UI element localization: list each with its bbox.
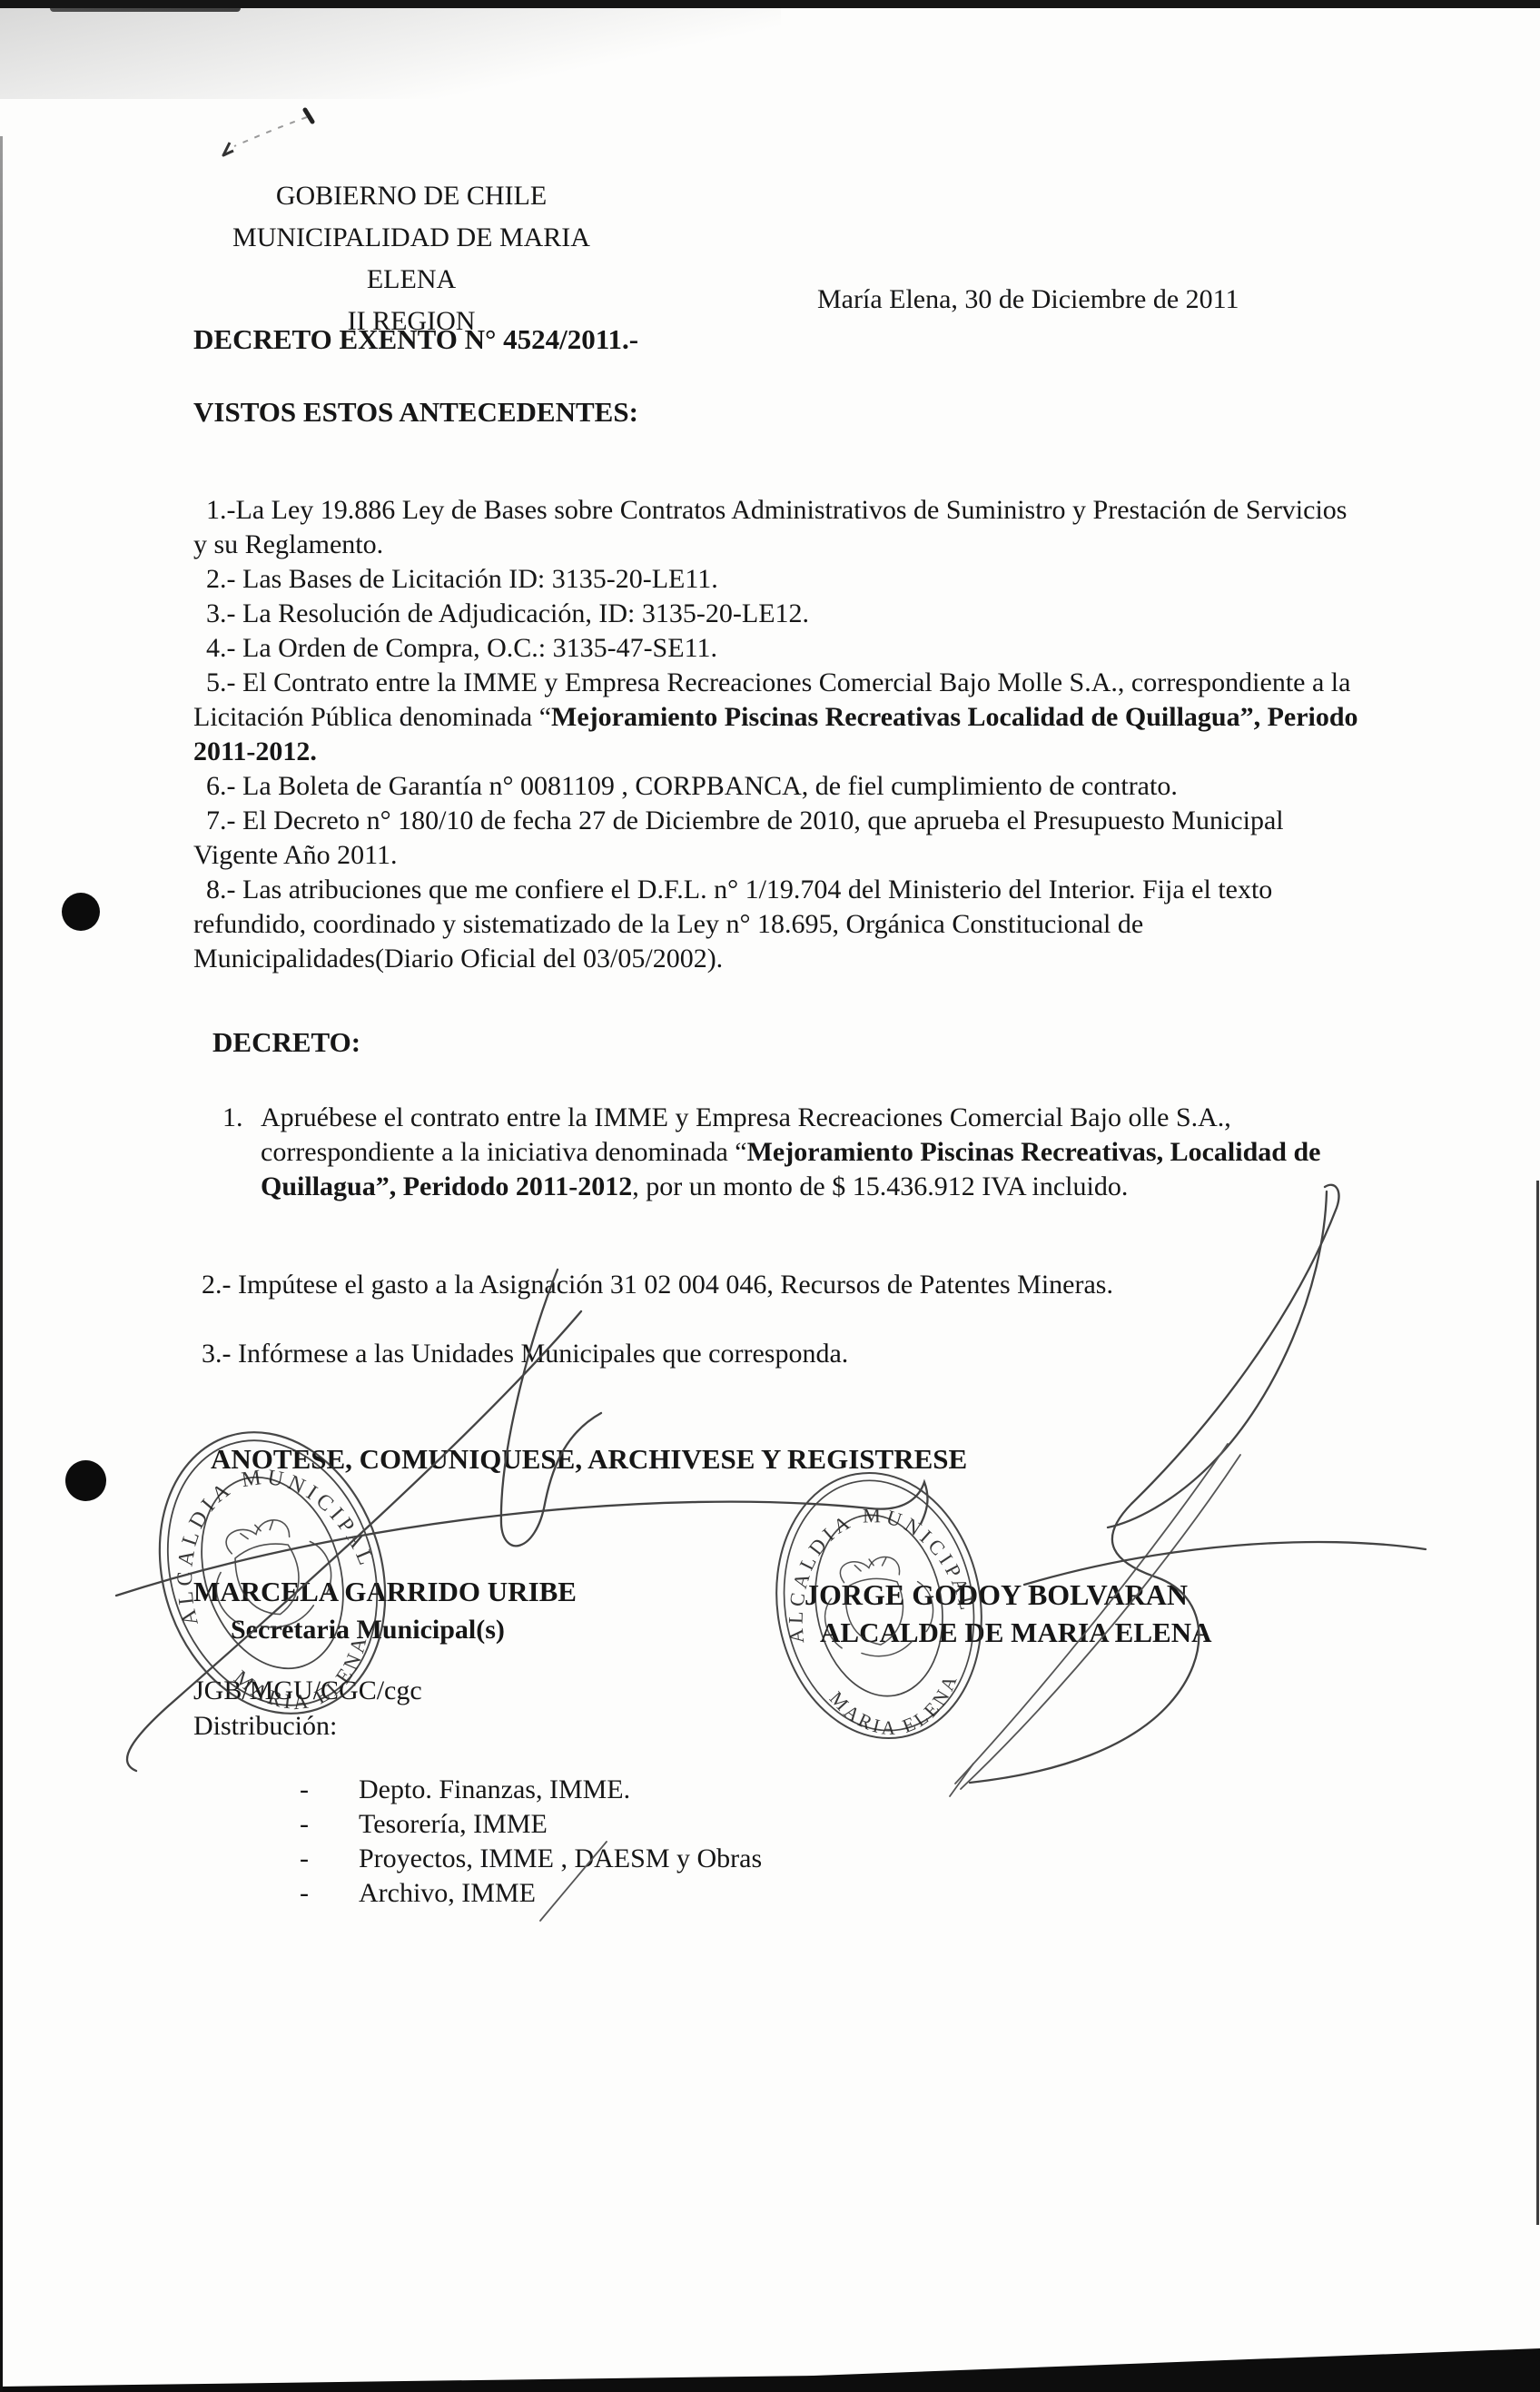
distribution-item: -Tesorería, IMME xyxy=(300,1807,762,1842)
vistos-item: 1.-La Ley 19.886 Ley de Bases sobre Cont… xyxy=(193,493,1362,562)
scan-artifact-top-shadow xyxy=(0,8,781,99)
left-signatory-name: MARCELA GARRIDO URIBE xyxy=(193,1576,577,1608)
distribution-item: -Archivo, IMME xyxy=(300,1876,762,1911)
letterhead: GOBIERNO DE CHILE MUNICIPALIDAD DE MARIA… xyxy=(212,175,611,342)
scan-artifact-bottom xyxy=(0,2348,1540,2392)
letterhead-line-municipality: MUNICIPALIDAD DE MARIA ELENA xyxy=(212,217,611,301)
vistos-item: 3.- La Resolución de Adjudicación, ID: 3… xyxy=(193,597,1362,631)
right-signatory-title: ALCALDE DE MARIA ELENA xyxy=(820,1616,1211,1649)
vistos-item: 4.- La Orden de Compra, O.C.: 3135-47-SE… xyxy=(193,631,1362,666)
date-line: María Elena, 30 de Diciembre de 2011 xyxy=(817,284,1239,315)
vistos-item: 5.- El Contrato entre la IMME y Empresa … xyxy=(193,666,1362,769)
closing-line: ANOTESE, COMUNIQUESE, ARCHIVESE Y REGIST… xyxy=(211,1443,967,1476)
vistos-item: 8.- Las atribuciones que me confiere el … xyxy=(193,873,1362,976)
decreto-item-2: 2.- Impútese el gasto a la Asignación 31… xyxy=(202,1268,1382,1302)
hole-punch-bottom xyxy=(65,1460,106,1501)
vistos-item: 7.- El Decreto n° 180/10 de fecha 27 de … xyxy=(193,804,1362,873)
distribution-item: -Depto. Finanzas, IMME. xyxy=(300,1773,762,1807)
typist-initials: JGB/MGU/CGC/cgc xyxy=(193,1675,422,1706)
decree-number: DECRETO EXENTO N° 4524/2011.- xyxy=(193,323,638,356)
decreto-heading: DECRETO: xyxy=(212,1026,360,1059)
scan-artifact-right-edge xyxy=(1536,1181,1539,2225)
vistos-item: 6.- La Boleta de Garantía n° 0081109 , C… xyxy=(193,769,1362,804)
distribution-list: -Depto. Finanzas, IMME.-Tesorería, IMME-… xyxy=(300,1773,762,1911)
vistos-heading: VISTOS ESTOS ANTECEDENTES: xyxy=(193,396,638,429)
scan-artifact-left-edge xyxy=(0,136,3,2392)
letterhead-line-government: GOBIERNO DE CHILE xyxy=(212,175,611,217)
distribution-item: -Proyectos, IMME , DAESM y Obras xyxy=(300,1842,762,1876)
scanned-decree-page: GOBIERNO DE CHILE MUNICIPALIDAD DE MARIA… xyxy=(0,0,1540,2392)
decreto-item-1-number: 1. xyxy=(222,1101,261,1204)
decreto-item-1: 1. Apruébese el contrato entre la IMME y… xyxy=(222,1101,1348,1204)
decreto-item-3: 3.- Infórmese a las Unidades Municipales… xyxy=(202,1337,1382,1371)
vistos-item: 2.- Las Bases de Licitación ID: 3135-20-… xyxy=(193,562,1362,597)
distribution-label: Distribución: xyxy=(193,1711,337,1742)
right-signatory-name: JORGE GODOY BOLVARAN xyxy=(805,1578,1188,1612)
left-signatory-title: Secretaria Municipal(s) xyxy=(231,1615,505,1646)
vistos-item-list: 1.-La Ley 19.886 Ley de Bases sobre Cont… xyxy=(193,493,1362,976)
hole-punch-top xyxy=(62,893,100,931)
pen-check-mark xyxy=(223,110,312,155)
decreto-item-1-text: Apruébese el contrato entre la IMME y Em… xyxy=(261,1101,1332,1204)
